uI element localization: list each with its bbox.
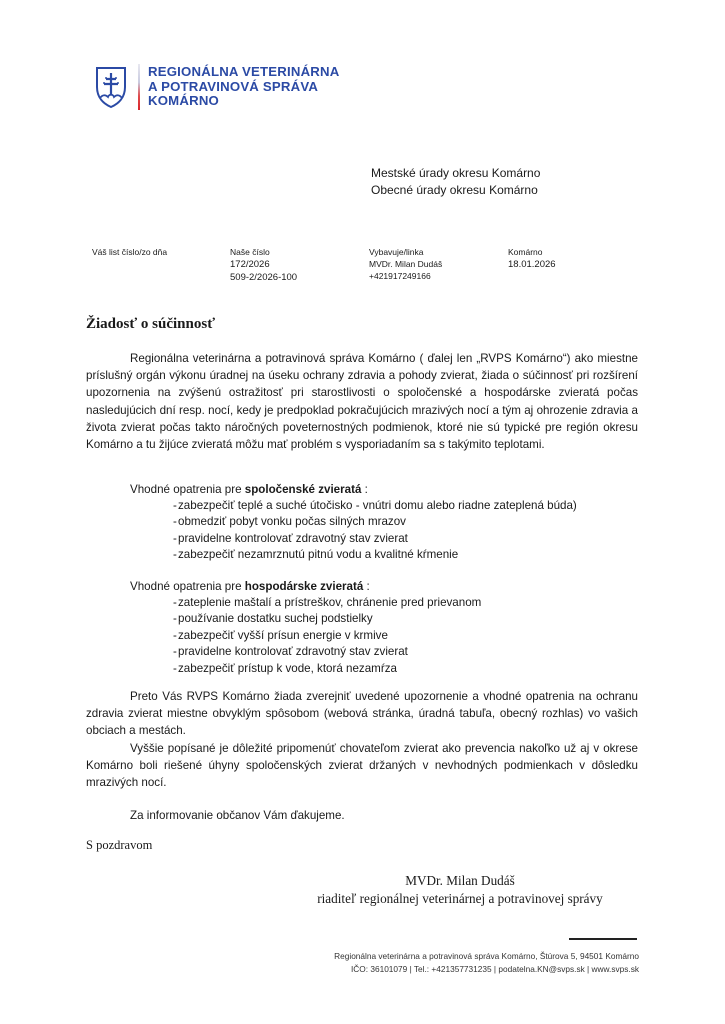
signature-block: MVDr. Milan Dudáš riaditeľ regionálnej v… xyxy=(270,872,650,908)
dash-bullet-icon: - xyxy=(173,644,177,660)
organization-name-line: KOMÁRNO xyxy=(148,94,339,109)
organization-name-line: A POTRAVINOVÁ SPRÁVA xyxy=(148,80,339,95)
ref-label: Vybavuje/linka xyxy=(369,246,442,258)
footer-divider xyxy=(569,938,637,940)
list-item: -zateplenie maštalí a prístreškov, chrán… xyxy=(130,595,481,611)
companion-measures-list: -zabezpečiť teplé a suché útočisko - vnú… xyxy=(130,498,577,564)
dash-bullet-icon: - xyxy=(173,611,177,627)
closing-greeting: S pozdravom xyxy=(86,838,152,853)
signatory-name: MVDr. Milan Dudáš xyxy=(270,872,650,890)
ref-place-date: Komárno 18.01.2026 xyxy=(508,246,556,271)
paragraph-prevention: Vyššie popísané je dôležité pripomenúť c… xyxy=(86,740,638,792)
list-item: -pravidelne kontrolovať zdravotný stav z… xyxy=(130,644,481,660)
dash-bullet-icon: - xyxy=(173,498,177,514)
paragraph-request: Regionálna veterinárna a potravinová spr… xyxy=(86,350,638,453)
intro-text: Vhodné opatrenia pre xyxy=(130,483,245,496)
intro-suffix: : xyxy=(363,580,369,593)
dash-bullet-icon: - xyxy=(173,661,177,677)
dash-bullet-icon: - xyxy=(173,531,177,547)
paragraph-thanks: Za informovanie občanov Vám ďakujeme. xyxy=(86,807,638,824)
paragraph-text: Vyššie popísané je dôležité pripomenúť c… xyxy=(86,742,638,789)
ref-label: Komárno xyxy=(508,246,556,258)
companion-measures-intro: Vhodné opatrenia pre spoločenské zvierat… xyxy=(130,481,368,498)
footer-address: Regionálna veterinárna a potravinová spr… xyxy=(334,950,639,963)
recipient-line: Mestské úrady okresu Komárno xyxy=(371,165,540,182)
ref-label: Naše číslo xyxy=(230,246,297,258)
intro-suffix: : xyxy=(361,483,367,496)
intro-text: Vhodné opatrenia pre xyxy=(130,580,245,593)
list-item: -obmedziť pobyt vonku počas silných mraz… xyxy=(130,514,577,530)
dash-bullet-icon: - xyxy=(173,514,177,530)
footer-contacts: IČO: 36101079 | Tel.: +421357731235 | po… xyxy=(334,963,639,976)
ref-label: Váš list číslo/zo dňa xyxy=(92,246,167,258)
dash-bullet-icon: - xyxy=(173,547,177,563)
intro-bold: hospodárske zvieratá xyxy=(245,580,364,593)
paragraph-publish-request: Preto Vás RVPS Komárno žiada zverejniť u… xyxy=(86,688,638,740)
ref-date: 18.01.2026 xyxy=(508,258,556,271)
ref-value: MVDr. Milan Dudáš xyxy=(369,258,442,270)
paragraph-text: Preto Vás RVPS Komárno žiada zverejniť u… xyxy=(86,690,638,737)
list-item: -zabezpečiť nezamrznutú pitnú vodu a kva… xyxy=(130,547,577,563)
list-item: -zabezpečiť vyšší prísun energie v krmiv… xyxy=(130,628,481,644)
logo-divider xyxy=(138,64,140,110)
farm-measures-list: -zateplenie maštalí a prístreškov, chrán… xyxy=(130,595,481,677)
list-item: -používanie dostatku suchej podstielky xyxy=(130,611,481,627)
ref-value: +421917249166 xyxy=(369,270,442,282)
list-item: -pravidelne kontrolovať zdravotný stav z… xyxy=(130,531,577,547)
farm-measures-intro: Vhodné opatrenia pre hospodárske zvierat… xyxy=(130,578,370,595)
ref-value: 509-2/2026-100 xyxy=(230,271,297,284)
ref-our-number: Naše číslo 172/2026 509-2/2026-100 xyxy=(230,246,297,284)
list-item: -zabezpečiť teplé a suché útočisko - vnú… xyxy=(130,498,577,514)
organization-logo: REGIONÁLNA VETERINÁRNA A POTRAVINOVÁ SPR… xyxy=(94,64,339,110)
list-item: -zabezpečiť prístup k vode, ktorá nezamŕ… xyxy=(130,661,481,677)
paragraph-text: Regionálna veterinárna a potravinová spr… xyxy=(86,352,638,451)
paragraph-text: Za informovanie občanov Vám ďakujeme. xyxy=(130,809,345,822)
organization-name: REGIONÁLNA VETERINÁRNA A POTRAVINOVÁ SPR… xyxy=(148,65,339,109)
slovak-coat-of-arms-icon xyxy=(94,65,128,109)
dash-bullet-icon: - xyxy=(173,628,177,644)
intro-bold: spoločenské zvieratá xyxy=(245,483,362,496)
ref-your-letter: Váš list číslo/zo dňa xyxy=(92,246,167,258)
ref-handled-by: Vybavuje/linka MVDr. Milan Dudáš +421917… xyxy=(369,246,442,282)
document-title: Žiadosť o súčinnosť xyxy=(86,316,215,333)
signatory-position: riaditeľ regionálnej veterinárnej a potr… xyxy=(270,890,650,908)
footer-contact: Regionálna veterinárna a potravinová spr… xyxy=(334,950,639,975)
organization-name-line: REGIONÁLNA VETERINÁRNA xyxy=(148,65,339,80)
dash-bullet-icon: - xyxy=(173,595,177,611)
recipient-line: Obecné úrady okresu Komárno xyxy=(371,182,540,199)
ref-value: 172/2026 xyxy=(230,258,297,271)
recipient-address: Mestské úrady okresu Komárno Obecné úrad… xyxy=(371,165,540,199)
